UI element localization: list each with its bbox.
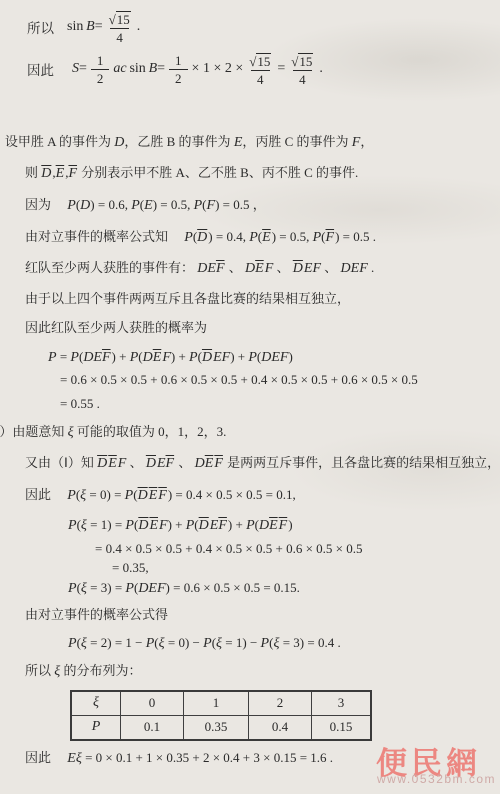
line-P-result: = 0.55 . [60, 396, 100, 412]
text-segment: D [138, 488, 148, 503]
watermark-url: www.0532bm.com [377, 772, 496, 786]
scanned-solution-page: 所以 sin B = √15 4 . 因此 S = 1 2 ac sin B =… [0, 0, 500, 794]
text-segment: E [262, 230, 271, 245]
text-segment: ， [360, 134, 373, 149]
period: . [319, 61, 323, 77]
text-segment: ( [194, 517, 198, 532]
text-segment: P [125, 581, 134, 596]
text-segment: P [131, 198, 140, 213]
text-segment: P [125, 518, 134, 533]
fraction-sqrt15-4: √15 4 [107, 10, 133, 44]
fraction-denominator: 4 [293, 70, 312, 86]
text-segment: E [255, 261, 264, 276]
line-complement-formula: 由对立事件的概率公式得 [25, 607, 168, 623]
table-cell: 0.4 [249, 716, 312, 741]
text-segment: 可能的取值为 0，1，2，3. [74, 424, 227, 439]
radicand: 15 [256, 53, 271, 68]
text-segment: ) + [230, 349, 248, 364]
text-segment: E [269, 518, 278, 533]
text-segment: DE [197, 261, 216, 276]
fraction-denominator: 4 [110, 28, 129, 44]
text-segment: 、 [273, 260, 293, 275]
table-cell: 0.35 [184, 716, 249, 741]
text-segment: P [249, 230, 258, 245]
text-segment: D [80, 198, 90, 213]
text-segment: P [125, 488, 134, 503]
text-segment: 所以 [25, 663, 54, 678]
text-segment: F [218, 518, 227, 533]
text-segment: D [259, 518, 269, 533]
text-segment: EF [213, 350, 230, 365]
line-xi-1-result: = 0.35, [112, 560, 149, 576]
line-part2-values: （Ⅱ）由题意知 ξ 可能的取值为 0，1，2，3. [0, 424, 226, 442]
text-segment: P [184, 230, 193, 245]
text-segment: F [158, 488, 167, 503]
line-P-sum-values: = 0.6 × 0.5 × 0.5 + 0.6 × 0.5 × 0.5 + 0.… [60, 372, 418, 388]
text-segment: E [149, 488, 158, 503]
var-ac: ac [113, 61, 129, 77]
text-segment: F [279, 518, 288, 533]
text-segment: 、 [321, 260, 341, 275]
text-segment: P [70, 350, 79, 365]
line-xi-0: 因此 P(ξ = 0) = P(DEF) = 0.4 × 0.5 × 0.5 =… [25, 487, 296, 505]
text-segment: 是两两互斥事件，且各盘比赛的结果相互独立， [224, 455, 500, 470]
fraction-sqrt15-4: √15 4 [289, 52, 315, 86]
equals-sign: = [277, 61, 285, 77]
equals-sign: = [157, 61, 165, 77]
line-complement-definition: 则 D,E,F 分别表示甲不胜 A、乙不胜 B、丙不胜 C 的事件. [25, 165, 358, 183]
text-segment: ) = 0.5, [272, 229, 313, 244]
text-segment: 又由（Ⅰ）知 [25, 455, 97, 470]
var-S: S [72, 61, 79, 77]
table-cell-p-label: P [71, 716, 121, 741]
text-segment: = 0.6 × 0.5 × 0.5 + 0.6 × 0.5 × 0.5 + 0.… [60, 372, 418, 387]
text-segment: P [67, 198, 76, 213]
line-complement-probabilities: 由对立事件的概率公式知 P(D) = 0.4, P(E) = 0.5, P(F)… [25, 229, 376, 247]
line-winning-events: 红队至少两人获胜的事件有： DEF 、 DEF 、 DEF 、 DEF . [25, 260, 374, 278]
line-given-probabilities: 因为 P(D) = 0.6, P(E) = 0.5, P(F) = 0.5 ， [25, 197, 266, 215]
text-segment: ，丙胜 C 的事件为 [242, 134, 351, 149]
text-segment: D [197, 230, 207, 245]
text-segment: = 0) = [86, 487, 125, 502]
line-part1-setup: （Ⅰ）设甲胜 A 的事件为 D，乙胜 B 的事件为 E，丙胜 C 的事件为 F， [0, 134, 373, 152]
text-segment: = 3) = 0.4 . [279, 635, 340, 650]
text-segment: F [159, 518, 168, 533]
text-segment: D [293, 261, 303, 276]
text-segment: P [68, 518, 77, 533]
line-xi-1-values: = 0.4 × 0.5 × 0.5 + 0.4 × 0.5 × 0.5 + 0.… [95, 541, 362, 557]
text-segment: D [138, 518, 148, 533]
fraction-numerator: 1 [173, 53, 184, 69]
text-segment: P [186, 518, 195, 533]
text-segment: E [153, 350, 162, 365]
sin-function: sin [67, 19, 86, 35]
text-segment: P [261, 636, 270, 651]
line-xi-3: P(ξ = 3) = P(DEF) = 0.6 × 0.5 × 0.5 = 0.… [68, 580, 300, 598]
line-part2-events: 又由（Ⅰ）知 DEF 、 DEF 、 DEF 是两两互斥事件，且各盘比赛的结果相… [25, 455, 500, 473]
text-segment: 红队至少两人获胜的事件有： [25, 260, 197, 275]
fraction-numerator: √15 [247, 52, 273, 70]
text-segment: P [203, 636, 212, 651]
radical-icon: √ [291, 55, 298, 68]
line-xi-1: P(ξ = 1) = P(DEF) + P(DEF) + P(DEF) [68, 517, 293, 535]
var-B: B [86, 19, 95, 35]
text-segment: 、 [175, 455, 195, 470]
text-segment: ) = 0.6, [90, 197, 131, 212]
table-cell: 0.15 [312, 716, 372, 741]
formula-sinB: 所以 sin B = √15 4 . [27, 10, 140, 44]
times-factors: × 1 × 2 × [192, 61, 244, 77]
radical-icon: √ [249, 55, 256, 68]
text-segment: 由对立事件的概率公式得 [25, 607, 168, 622]
text-segment: P [68, 636, 77, 651]
text-segment: P [246, 518, 255, 533]
text-segment: 由对立事件的概率公式知 [25, 229, 184, 244]
text-segment: ，乙胜 B 的事件为 [124, 134, 233, 149]
fraction-sqrt15-4: √15 4 [247, 52, 273, 86]
radicand: 15 [298, 53, 313, 68]
text-segment: ) + [228, 517, 246, 532]
fraction-numerator: 1 [95, 53, 106, 69]
text-segment: D [97, 456, 107, 471]
text-segment: = 0) − [165, 635, 204, 650]
text-segment: P [130, 350, 139, 365]
text-segment: E [157, 456, 166, 471]
text-segment: 、 [126, 455, 146, 470]
text-segment: 的分布列为： [60, 663, 141, 678]
line-xi-2: P(ξ = 2) = 1 − P(ξ = 0) − P(ξ = 1) − P(ξ… [68, 635, 341, 653]
text-segment: F [102, 350, 111, 365]
text-segment: 因此 [25, 487, 67, 502]
text-segment: P [146, 636, 155, 651]
table-cell: 0.1 [121, 716, 184, 741]
text-segment: = 0 × 0.1 + 1 × 0.35 + 2 × 0.4 + 3 × 0.1… [82, 750, 333, 765]
text-segment: ( [321, 229, 325, 244]
text-segment: ) + [171, 349, 189, 364]
label-suoyi: 所以 [27, 17, 54, 37]
sin-function: sin [129, 61, 148, 77]
distribution-table: ξ 0 1 2 3 P 0.1 0.35 0.4 0.15 [70, 690, 372, 741]
text-segment: D [245, 261, 255, 276]
text-segment: = 2) = 1 − [87, 635, 146, 650]
text-segment: 则 [25, 165, 41, 180]
text-segment: ) = 0.6 × 0.5 × 0.5 = 0.15. [166, 580, 300, 595]
text-segment: D [202, 350, 212, 365]
text-segment: P [248, 350, 257, 365]
period: . [137, 19, 141, 35]
text-segment: P [68, 581, 77, 596]
text-segment: = [57, 349, 71, 364]
table-cell: 2 [249, 691, 312, 716]
text-segment: EF [304, 261, 321, 276]
text-segment: 、 [226, 260, 246, 275]
text-segment: F [207, 198, 216, 213]
text-segment: 因此红队至少两人获胜的概率为 [25, 320, 207, 335]
text-segment: F [162, 350, 171, 365]
fraction-numerator: √15 [107, 10, 133, 28]
line-mutually-exclusive: 由于以上四个事件两两互斥且各盘比赛的结果相互独立， [25, 291, 350, 307]
equals-sign: = [95, 19, 103, 35]
text-segment: D [143, 350, 153, 365]
text-segment: F [68, 166, 77, 181]
line-P-sum: P = P(DEF) + P(DEF) + P(DEF) + P(DEF) [48, 349, 293, 367]
text-segment: = 0.55 . [60, 396, 100, 411]
text-segment: D [195, 456, 205, 471]
var-B: B [149, 61, 158, 77]
label-yinci: 因此 [27, 59, 54, 79]
text-segment: F [216, 261, 225, 276]
text-segment: = 1) − [222, 635, 261, 650]
line-therefore-probability: 因此红队至少两人获胜的概率为 [25, 320, 207, 336]
table-row-xi: ξ 0 1 2 3 [71, 691, 371, 716]
text-segment: E [144, 198, 153, 213]
text-segment: D [146, 456, 156, 471]
table-cell: 1 [184, 691, 249, 716]
text-segment: P [48, 350, 57, 365]
text-segment: 因此 [25, 750, 67, 765]
text-segment: DEF [261, 350, 288, 365]
text-segment: ) = 0.4, [208, 229, 249, 244]
text-segment: 因为 [25, 197, 67, 212]
text-segment: ) + [112, 349, 130, 364]
text-segment: 由于以上四个事件两两互斥且各盘比赛的结果相互独立， [25, 291, 350, 306]
text-segment: ) [288, 349, 292, 364]
text-segment: ) = 0.5, [153, 197, 194, 212]
text-segment: DEF [341, 261, 368, 276]
text-segment: = 1) = [87, 517, 126, 532]
text-segment: ) [288, 517, 292, 532]
text-segment: 分别表示甲不胜 A、乙不胜 B、丙不胜 C 的事件. [78, 165, 358, 180]
text-segment: D [41, 166, 51, 181]
text-segment: E [108, 456, 117, 471]
text-segment: = 0.4 × 0.5 × 0.5 + 0.4 × 0.5 × 0.5 + 0.… [95, 541, 362, 556]
text-segment: E [149, 518, 158, 533]
radicand: 15 [116, 11, 131, 26]
text-segment: F [326, 230, 335, 245]
text-segment: P [194, 198, 203, 213]
text-segment: P [67, 488, 76, 503]
text-segment: ) = 0.4 × 0.5 × 0.5 = 0.1, [168, 487, 296, 502]
text-segment: DE [83, 350, 102, 365]
text-segment: E [205, 456, 214, 471]
text-segment: （Ⅱ）由题意知 [0, 424, 68, 439]
fraction-denominator: 2 [169, 69, 188, 85]
formula-area: 因此 S = 1 2 ac sin B = 1 2 × 1 × 2 × √15 … [27, 52, 323, 86]
table-cell: 0 [121, 691, 184, 716]
fraction-one-half: 1 2 [91, 53, 110, 85]
text-segment: F [214, 456, 223, 471]
line-distribution-intro: 所以 ξ 的分布列为： [25, 663, 142, 681]
radical-icon: √ [109, 13, 116, 26]
text-segment: ( [133, 487, 137, 502]
text-segment: = 0.35, [112, 560, 149, 575]
table-row-p: P 0.1 0.35 0.4 0.15 [71, 716, 371, 741]
text-segment: E [56, 166, 65, 181]
table-cell-xi-label: ξ [71, 691, 121, 716]
fraction-numerator: √15 [289, 52, 315, 70]
text-segment: . [368, 260, 375, 275]
fraction-denominator: 4 [251, 70, 270, 86]
fraction-one-half: 1 2 [169, 53, 188, 85]
text-segment: P [313, 230, 322, 245]
text-segment: F [265, 261, 274, 276]
text-segment: P [189, 350, 198, 365]
text-segment: DEF [138, 581, 165, 596]
text-segment: D [199, 518, 209, 533]
fraction-denominator: 2 [91, 69, 110, 85]
text-segment: ) = 0.5 . [335, 229, 376, 244]
text-segment: D [114, 135, 124, 150]
equals-sign: = [79, 61, 87, 77]
line-expectation: 因此 Eξ = 0 × 0.1 + 1 × 0.35 + 2 × 0.4 + 3… [25, 750, 333, 768]
text-segment: F [166, 456, 175, 471]
text-segment: ) + [168, 517, 186, 532]
text-segment: ) = 0.5 ， [215, 197, 266, 212]
table-cell: 3 [312, 691, 372, 716]
text-segment: = 3) = [87, 580, 126, 595]
text-segment: Eξ [67, 751, 82, 766]
text-segment: （Ⅰ）设甲胜 A 的事件为 [0, 134, 114, 149]
